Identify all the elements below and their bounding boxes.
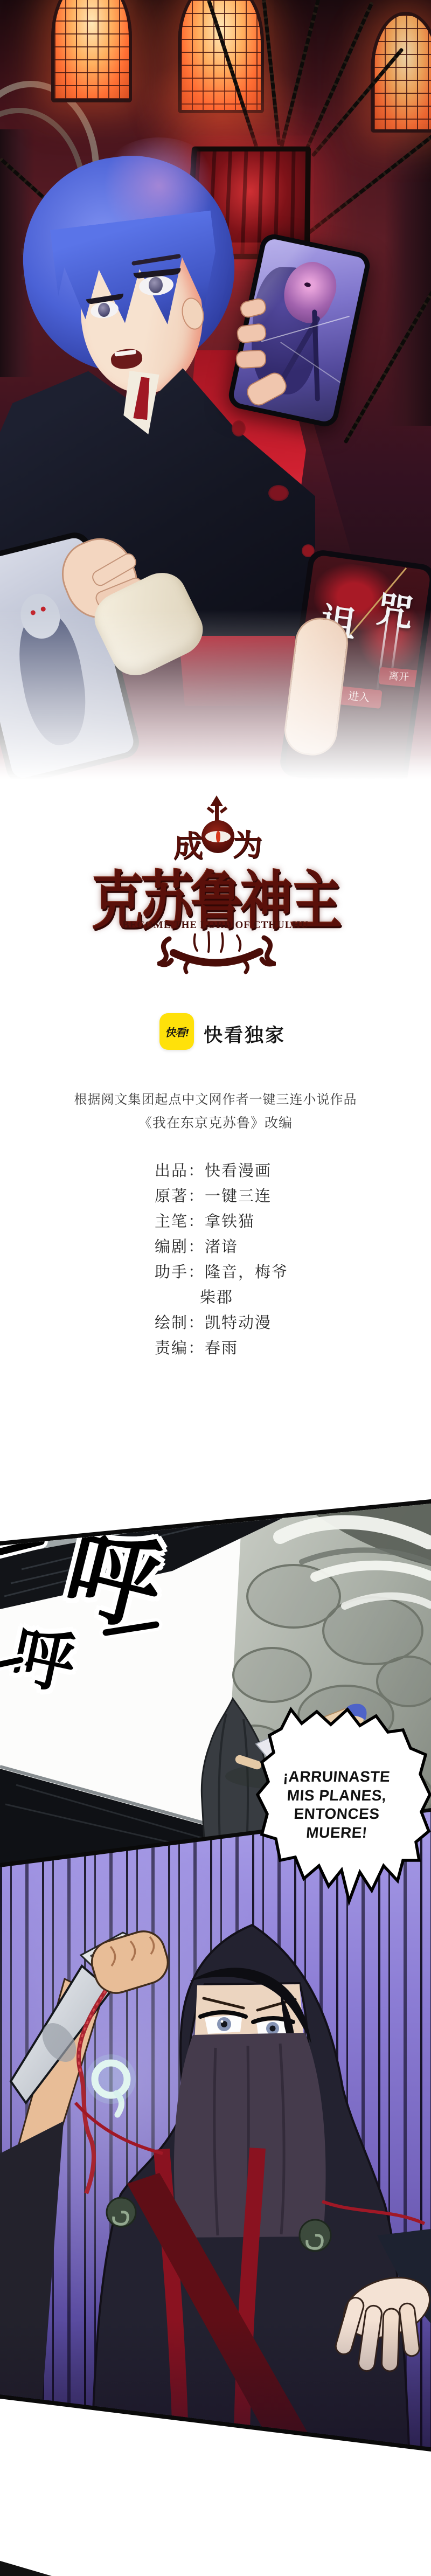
- bubble-line: ENTONCES: [280, 1805, 394, 1824]
- kuaikan-badge: 快看!: [159, 1013, 194, 1050]
- kuaikan-logo-text: 快看!: [165, 1024, 189, 1040]
- logo-block: 成 为 克苏鲁神主 BECOME THE LORD OF CTHULHU: [0, 792, 431, 975]
- bubble-line: MUERE!: [280, 1824, 394, 1843]
- credit-row: 助手：隆音，梅爷: [155, 1260, 288, 1285]
- cover-art: 诅 咒 进入 离开: [0, 0, 431, 803]
- cathedral-window-left: [51, 0, 132, 102]
- credit-row: 出品：快看漫画: [155, 1159, 288, 1184]
- adaptation-note-line2: 《我在东京克苏鲁》改编: [0, 1112, 431, 1132]
- adaptation-note-line1: 根据阅文集团起点中文网作者一键三连小说作品: [0, 1089, 431, 1107]
- bubble-line: MIS PLANES,: [280, 1786, 394, 1805]
- grip-finger: [235, 350, 267, 369]
- bubble-line: ¡ARRUINASTE: [280, 1768, 394, 1786]
- eye-orb-icon: [201, 820, 234, 853]
- tentacle-flourish-icon: [157, 931, 276, 974]
- protagonist-iris-left: [98, 303, 110, 317]
- credit-row: 原著：一键三连: [155, 1184, 288, 1209]
- logo-spike-barb: [207, 806, 215, 813]
- credit-row: 柴郡: [155, 1285, 288, 1311]
- blood-splatter: [268, 485, 289, 501]
- credit-row: 绘制：凯特动漫: [155, 1311, 288, 1336]
- protagonist-iris-right: [149, 277, 163, 293]
- logo-spike-barb: [220, 806, 228, 813]
- credit-row: 责编：春雨: [155, 1336, 288, 1361]
- logo-subtitle: BECOME THE LORD OF CTHULHU: [0, 919, 431, 931]
- cover-fade: [0, 609, 431, 803]
- blood-splatter: [232, 420, 246, 437]
- exclusive-label: 快看独家: [204, 1021, 286, 1048]
- next-panel-sliver: [0, 2559, 52, 2576]
- credit-row: 编剧：渚谙: [155, 1235, 288, 1260]
- speech-bubble-text: ¡ARRUINASTE MIS PLANES, ENTONCES MUERE!: [280, 1768, 393, 1842]
- credits-block: 出品：快看漫画 原著：一键三连 主笔：拿铁猫 编剧：渚谙 助手：隆音，梅爷 柴郡…: [155, 1159, 288, 1361]
- credit-row: 主笔：拿铁猫: [155, 1209, 288, 1235]
- webtoon-page: 诅 咒 进入 离开 成 为 克苏鲁神主 BE: [0, 0, 431, 2576]
- logo-spike-head: [210, 795, 223, 806]
